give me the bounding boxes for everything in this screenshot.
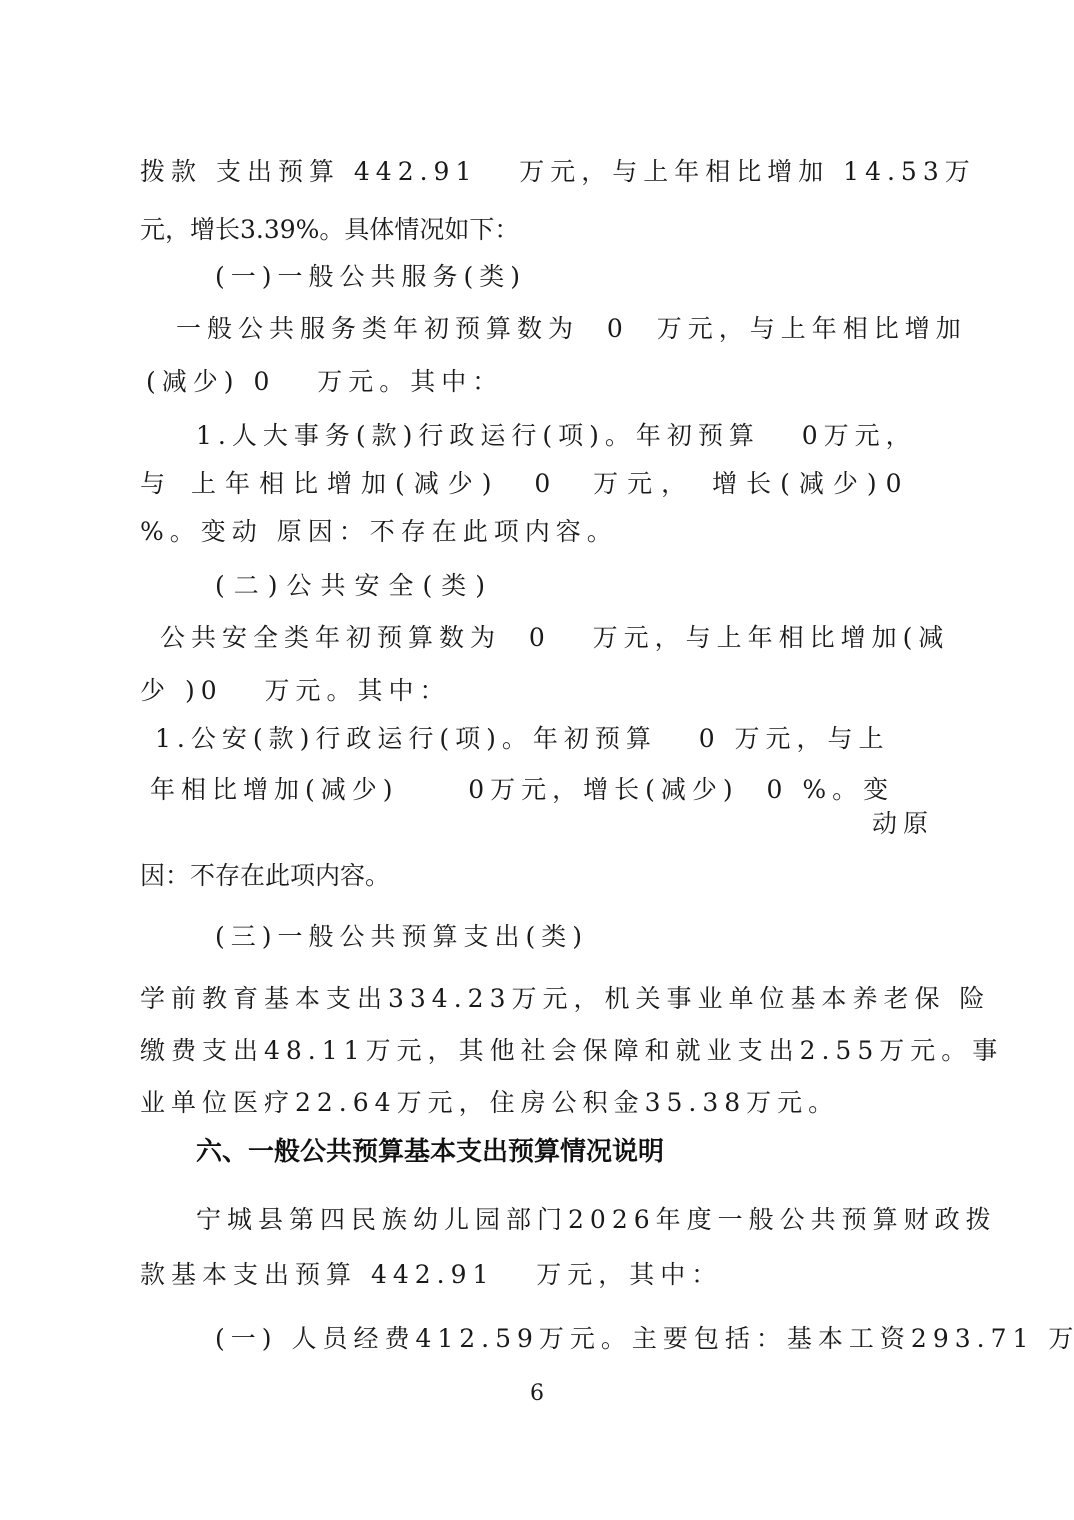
subsection-heading: (三)一般公共预算支出(类) xyxy=(215,921,588,953)
section-heading: 六、一般公共预算基本支出预算情况说明 xyxy=(196,1135,664,1169)
paragraph-line: 1.公安(款)行政运行(项)。年初预算 0 万元，与上 xyxy=(155,723,890,755)
paragraph-line: 宁城县第四民族幼儿园部门2026年度一般公共预算财政拨 xyxy=(196,1204,997,1236)
paragraph-line: 学前教育基本支出334.23万元，机关事业单位基本养老保 险 xyxy=(140,983,990,1015)
paragraph-line: 动原 xyxy=(872,808,934,840)
document-page: 拨款 支出预算 442.91 万元，与上年相比增加 14.53万 元，增长3.3… xyxy=(0,0,1074,1520)
page-number: 6 xyxy=(530,1380,544,1408)
paragraph-line: 因：不存在此项内容。 xyxy=(140,860,390,892)
paragraph-line: 拨款 支出预算 442.91 万元，与上年相比增加 14.53万 xyxy=(140,156,976,188)
paragraph-line: 元，增长3.39%。具体情况如下： xyxy=(140,214,519,246)
paragraph-line: 年相比增加(减少) 0万元，增长(减少) 0 %。变 xyxy=(150,774,894,806)
paragraph-line: 业单位医疗22.64万元，住房公积金35.38万元。 xyxy=(140,1087,839,1119)
paragraph-line: (减少) 0 万元。其中： xyxy=(146,366,503,398)
paragraph-line: 与 上年相比增加(减少) 0 万元， 增长(减少)0 xyxy=(140,468,911,500)
paragraph-line: 缴费支出48.11万元，其他社会保障和就业支出2.55万元。事 xyxy=(140,1035,1003,1067)
paragraph-line: 一般公共服务类年初预算数为 0 万元，与上年相比增加 xyxy=(176,313,967,345)
paragraph-line: 1.人大事务(款)行政运行(项)。年初预算 0万元， xyxy=(196,420,917,452)
paragraph-line: 公共安全类年初预算数为 0 万元，与上年相比增加(减 xyxy=(160,622,949,654)
paragraph-line: 款基本支出预算 442.91 万元，其中： xyxy=(140,1259,722,1291)
paragraph-line: %。变动 原因：不存在此项内容。 xyxy=(140,516,618,548)
paragraph-line: (一) 人员经费412.59万元。主要包括：基本工资293.71 万 xyxy=(215,1323,1074,1355)
paragraph-line: 少 )0 万元。其中： xyxy=(140,675,450,707)
subsection-heading: (一)一般公共服务(类) xyxy=(215,261,526,293)
subsection-heading: (二)公共安全(类) xyxy=(215,570,494,602)
